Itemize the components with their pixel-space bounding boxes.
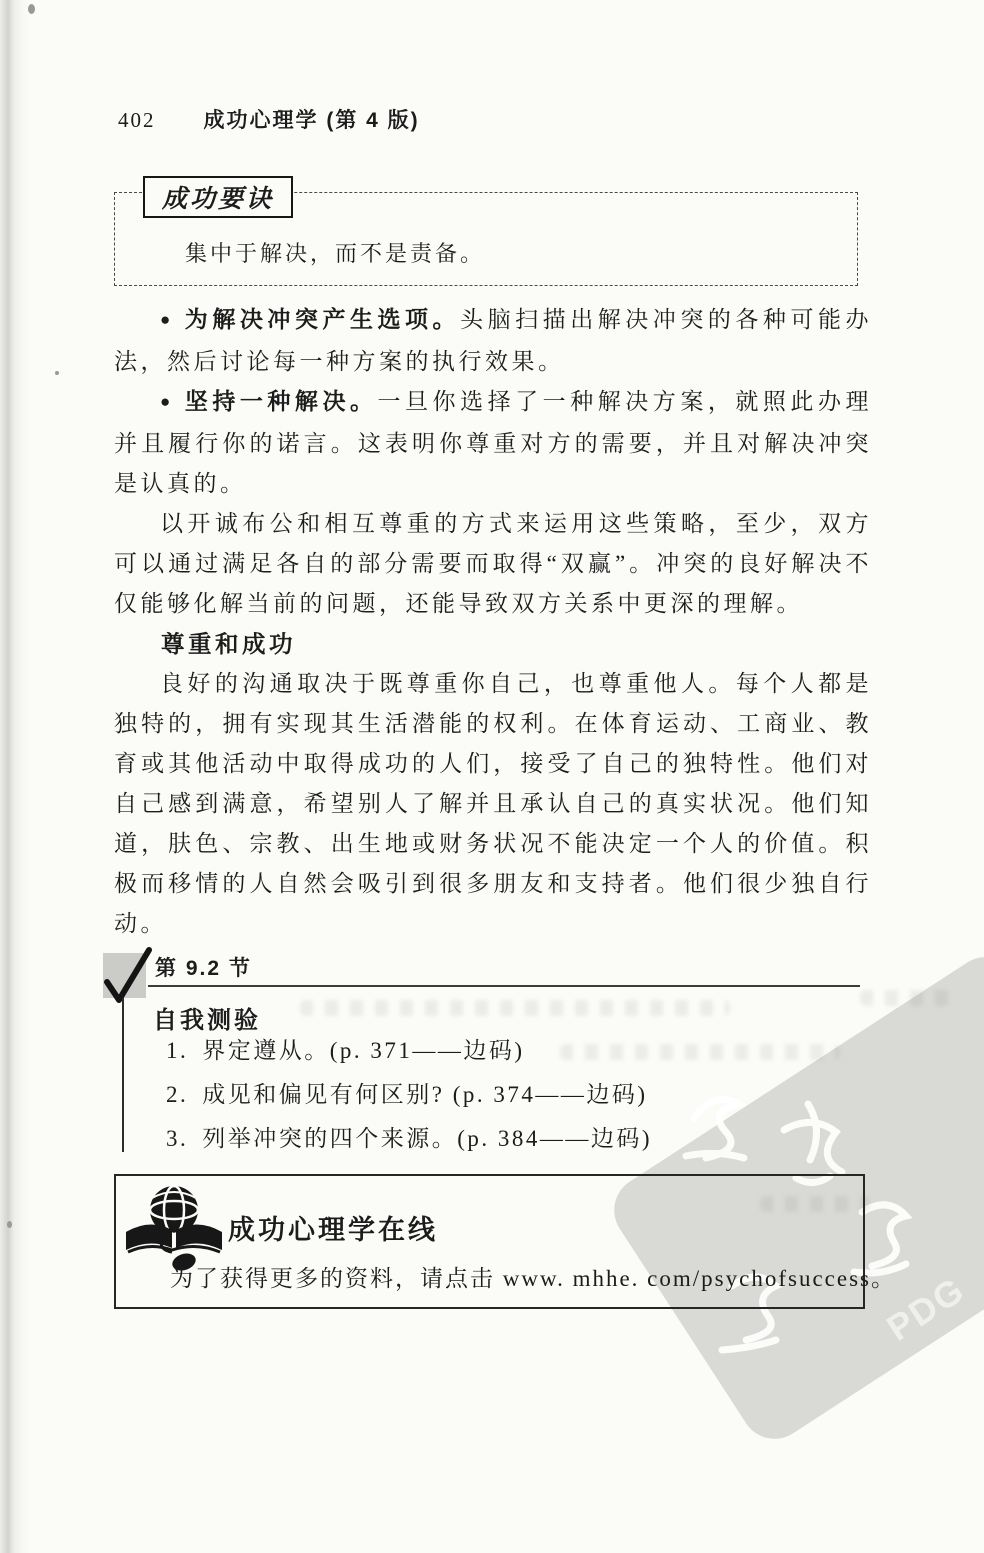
online-box-text: 为了获得更多的资料，请点击 www. mhhe. com/psychofsucc… bbox=[170, 1260, 896, 1293]
quiz-item: 3.列举冲突的四个来源。(p. 384——边码) bbox=[166, 1124, 826, 1154]
section-label: 第 9.2 节 bbox=[155, 952, 252, 982]
paragraph-strategy: 以开诚布公和相互尊重的方式来运用这些策略，至少，双方可以通过满足各自的部分需要而… bbox=[114, 504, 872, 624]
quiz-item-number: 2. bbox=[166, 1082, 188, 1107]
quiz-item-text: 成见和偏见有何区别? (p. 374——边码) bbox=[202, 1082, 647, 1107]
section-divider bbox=[148, 985, 860, 987]
page-header: 402 成功心理学 (第 4 版) bbox=[118, 104, 420, 134]
body-text: ●为解决冲突产生选项。头脑扫描出解决冲突的各种可能办法，然后讨论每一种方案的执行… bbox=[114, 300, 872, 944]
bullet-icon: ● bbox=[160, 392, 175, 411]
quiz-title: 自我测验 bbox=[153, 1000, 261, 1035]
sub-heading-respect: 尊重和成功 bbox=[114, 624, 872, 664]
bullet-item-lead: 坚持一种解决。 bbox=[185, 389, 378, 414]
scan-speck bbox=[28, 4, 35, 14]
book-page-scan: PDG 402 成功心理学 (第 4 版) 成功要诀 集中于解决，而不是责备。 … bbox=[0, 0, 984, 1553]
quiz-item-text: 列举冲突的四个来源。(p. 384——边码) bbox=[202, 1126, 652, 1151]
page-number: 402 bbox=[118, 108, 156, 133]
quiz-item-text: 界定遵从。(p. 371——边码) bbox=[202, 1038, 524, 1063]
online-resource-box: 成功心理学在线 为了获得更多的资料，请点击 www. mhhe. com/psy… bbox=[114, 1174, 865, 1309]
online-box-title: 成功心理学在线 bbox=[228, 1208, 438, 1247]
running-title: 成功心理学 (第 4 版) bbox=[204, 104, 420, 134]
bleed-through-smudge bbox=[860, 990, 950, 1006]
checkmark-icon bbox=[99, 944, 155, 1006]
bullet-item: ●坚持一种解决。一旦你选择了一种解决方案，就照此办理并且履行你的诺言。这表明你尊… bbox=[114, 382, 872, 504]
quiz-item: 1.界定遵从。(p. 371——边码) bbox=[166, 1036, 826, 1066]
tip-box-label: 成功要诀 bbox=[143, 176, 293, 218]
quiz-vertical-rule bbox=[122, 998, 124, 1152]
bullet-icon: ● bbox=[160, 310, 175, 329]
success-tip-box: 成功要诀 集中于解决，而不是责备。 bbox=[114, 192, 858, 286]
page-edge-shadow bbox=[0, 0, 30, 1553]
bleed-through-smudge bbox=[300, 1000, 730, 1016]
quiz-list: 1.界定遵从。(p. 371——边码) 2.成见和偏见有何区别? (p. 374… bbox=[166, 1036, 826, 1168]
quiz-item-number: 3. bbox=[166, 1126, 188, 1151]
quiz-item-number: 1. bbox=[166, 1038, 188, 1063]
scan-speck bbox=[55, 371, 59, 375]
quiz-item: 2.成见和偏见有何区别? (p. 374——边码) bbox=[166, 1080, 826, 1110]
scan-speck bbox=[7, 1221, 12, 1228]
bullet-item: ●为解决冲突产生选项。头脑扫描出解决冲突的各种可能办法，然后讨论每一种方案的执行… bbox=[114, 300, 872, 382]
bullet-item-lead: 为解决冲突产生选项。 bbox=[185, 307, 460, 332]
paragraph-respect: 良好的沟通取决于既尊重你自己，也尊重他人。每个人都是独特的，拥有实现其生活潜能的… bbox=[114, 664, 872, 944]
